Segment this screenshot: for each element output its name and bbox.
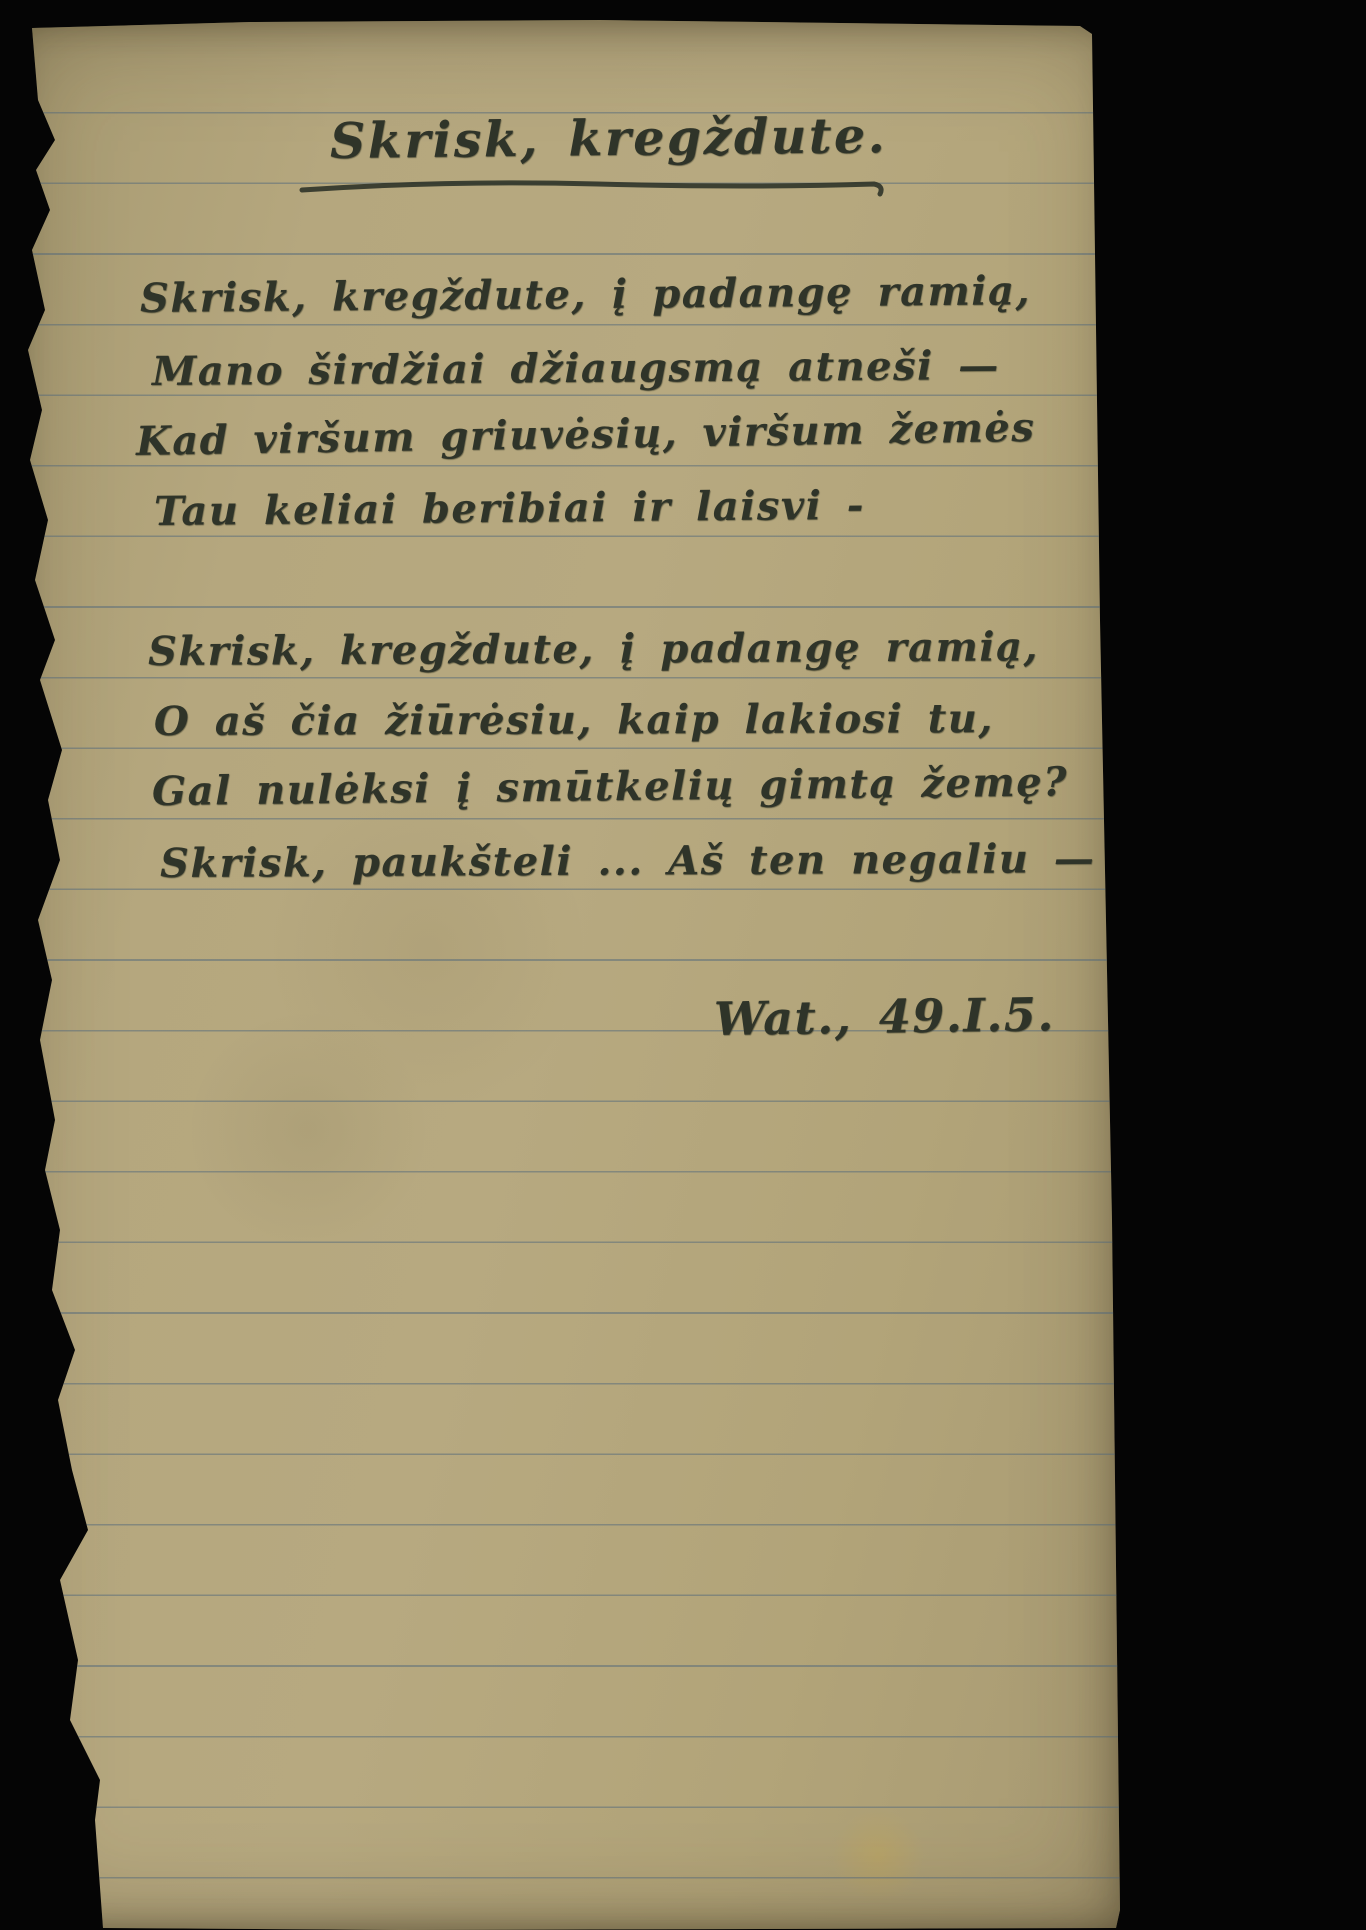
scan-background: Skrisk, kregždute. Skrisk, kregždute, į … [0, 0, 1366, 1930]
poem-line: Skrisk, kregždute, į padangę ramią, [140, 267, 1031, 322]
poem-line: Skrisk, kregždute, į padangę ramią, [148, 623, 1039, 675]
manuscript-page: Skrisk, kregždute. Skrisk, kregždute, į … [8, 20, 1130, 1930]
poem-title: Skrisk, kregždute. [330, 106, 888, 170]
poem-line: Gal nulėksi į smūtkelių gimtą žemę? [152, 758, 1069, 815]
poem-line: Skrisk, paukšteli ... Aš ten negaliu — [160, 835, 1096, 887]
poem-line: Tau keliai beribiai ir laisvi - [154, 482, 865, 535]
title-underline [298, 168, 898, 202]
date-line: Wat., 49.I.5. [714, 987, 1056, 1046]
ruled-lines [8, 43, 1130, 1923]
poem-line: O aš čia žiūrėsiu, kaip lakiosi tu, [154, 695, 994, 745]
poem-line: Mano širdžiai džiaugsmą atneši — [152, 342, 1000, 395]
poem-line: Kad viršum griuvėsių, viršum žemės [136, 404, 1036, 465]
